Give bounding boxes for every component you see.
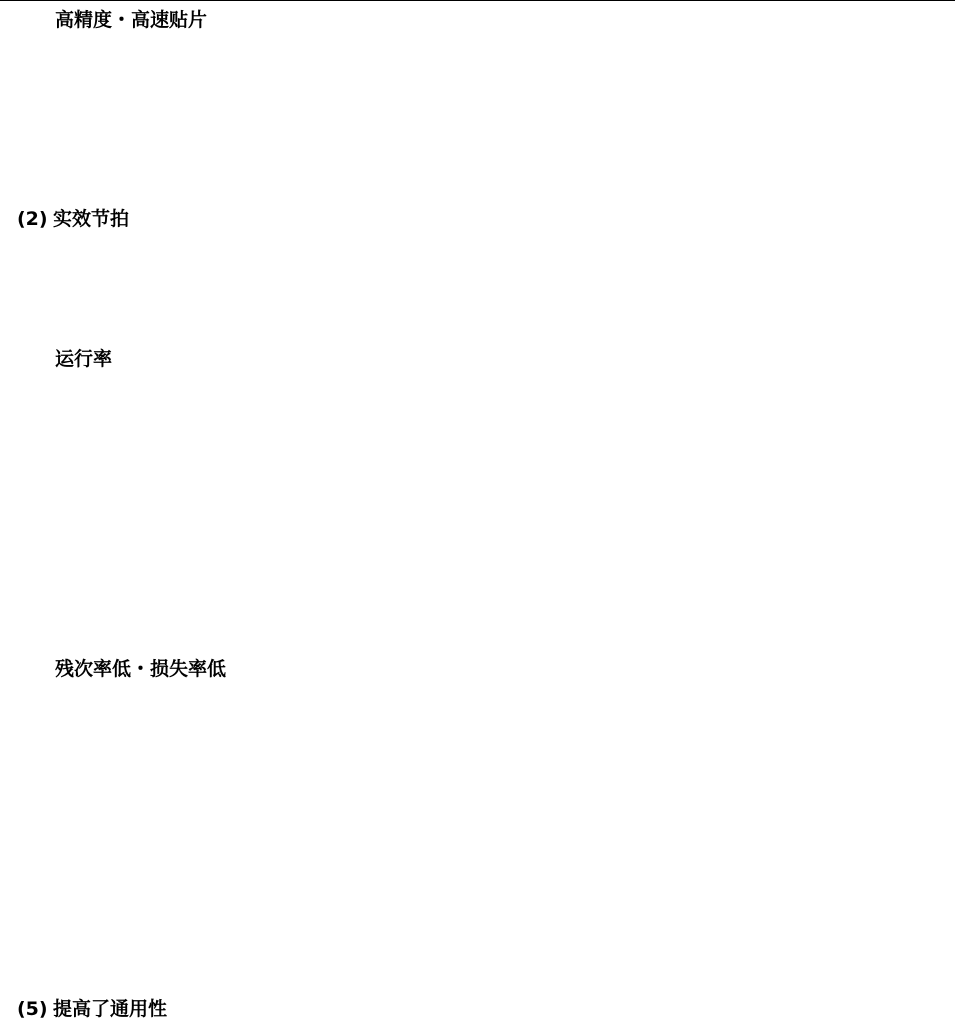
heading-title: 高精度・高速贴片 — [55, 9, 207, 31]
heading-title: 提高了通用性 — [53, 998, 167, 1018]
heading-improved-versatility: (5)提高了通用性 — [17, 998, 167, 1018]
heading-title: 残次率低・损失率低 — [55, 658, 226, 680]
heading-title: 运行率 — [55, 348, 112, 370]
heading-title: 实效节拍 — [53, 208, 129, 230]
heading-effective-tact: (2)实效节拍 — [17, 208, 129, 230]
top-divider — [0, 0, 955, 1]
heading-low-defect-loss-rate: 残次率低・损失率低 — [55, 658, 226, 680]
heading-high-precision-mounting: 高精度・高速贴片 — [55, 9, 207, 31]
heading-operation-rate: 运行率 — [55, 348, 112, 370]
heading-number: (2) — [17, 208, 53, 230]
heading-number: (5) — [17, 998, 53, 1018]
